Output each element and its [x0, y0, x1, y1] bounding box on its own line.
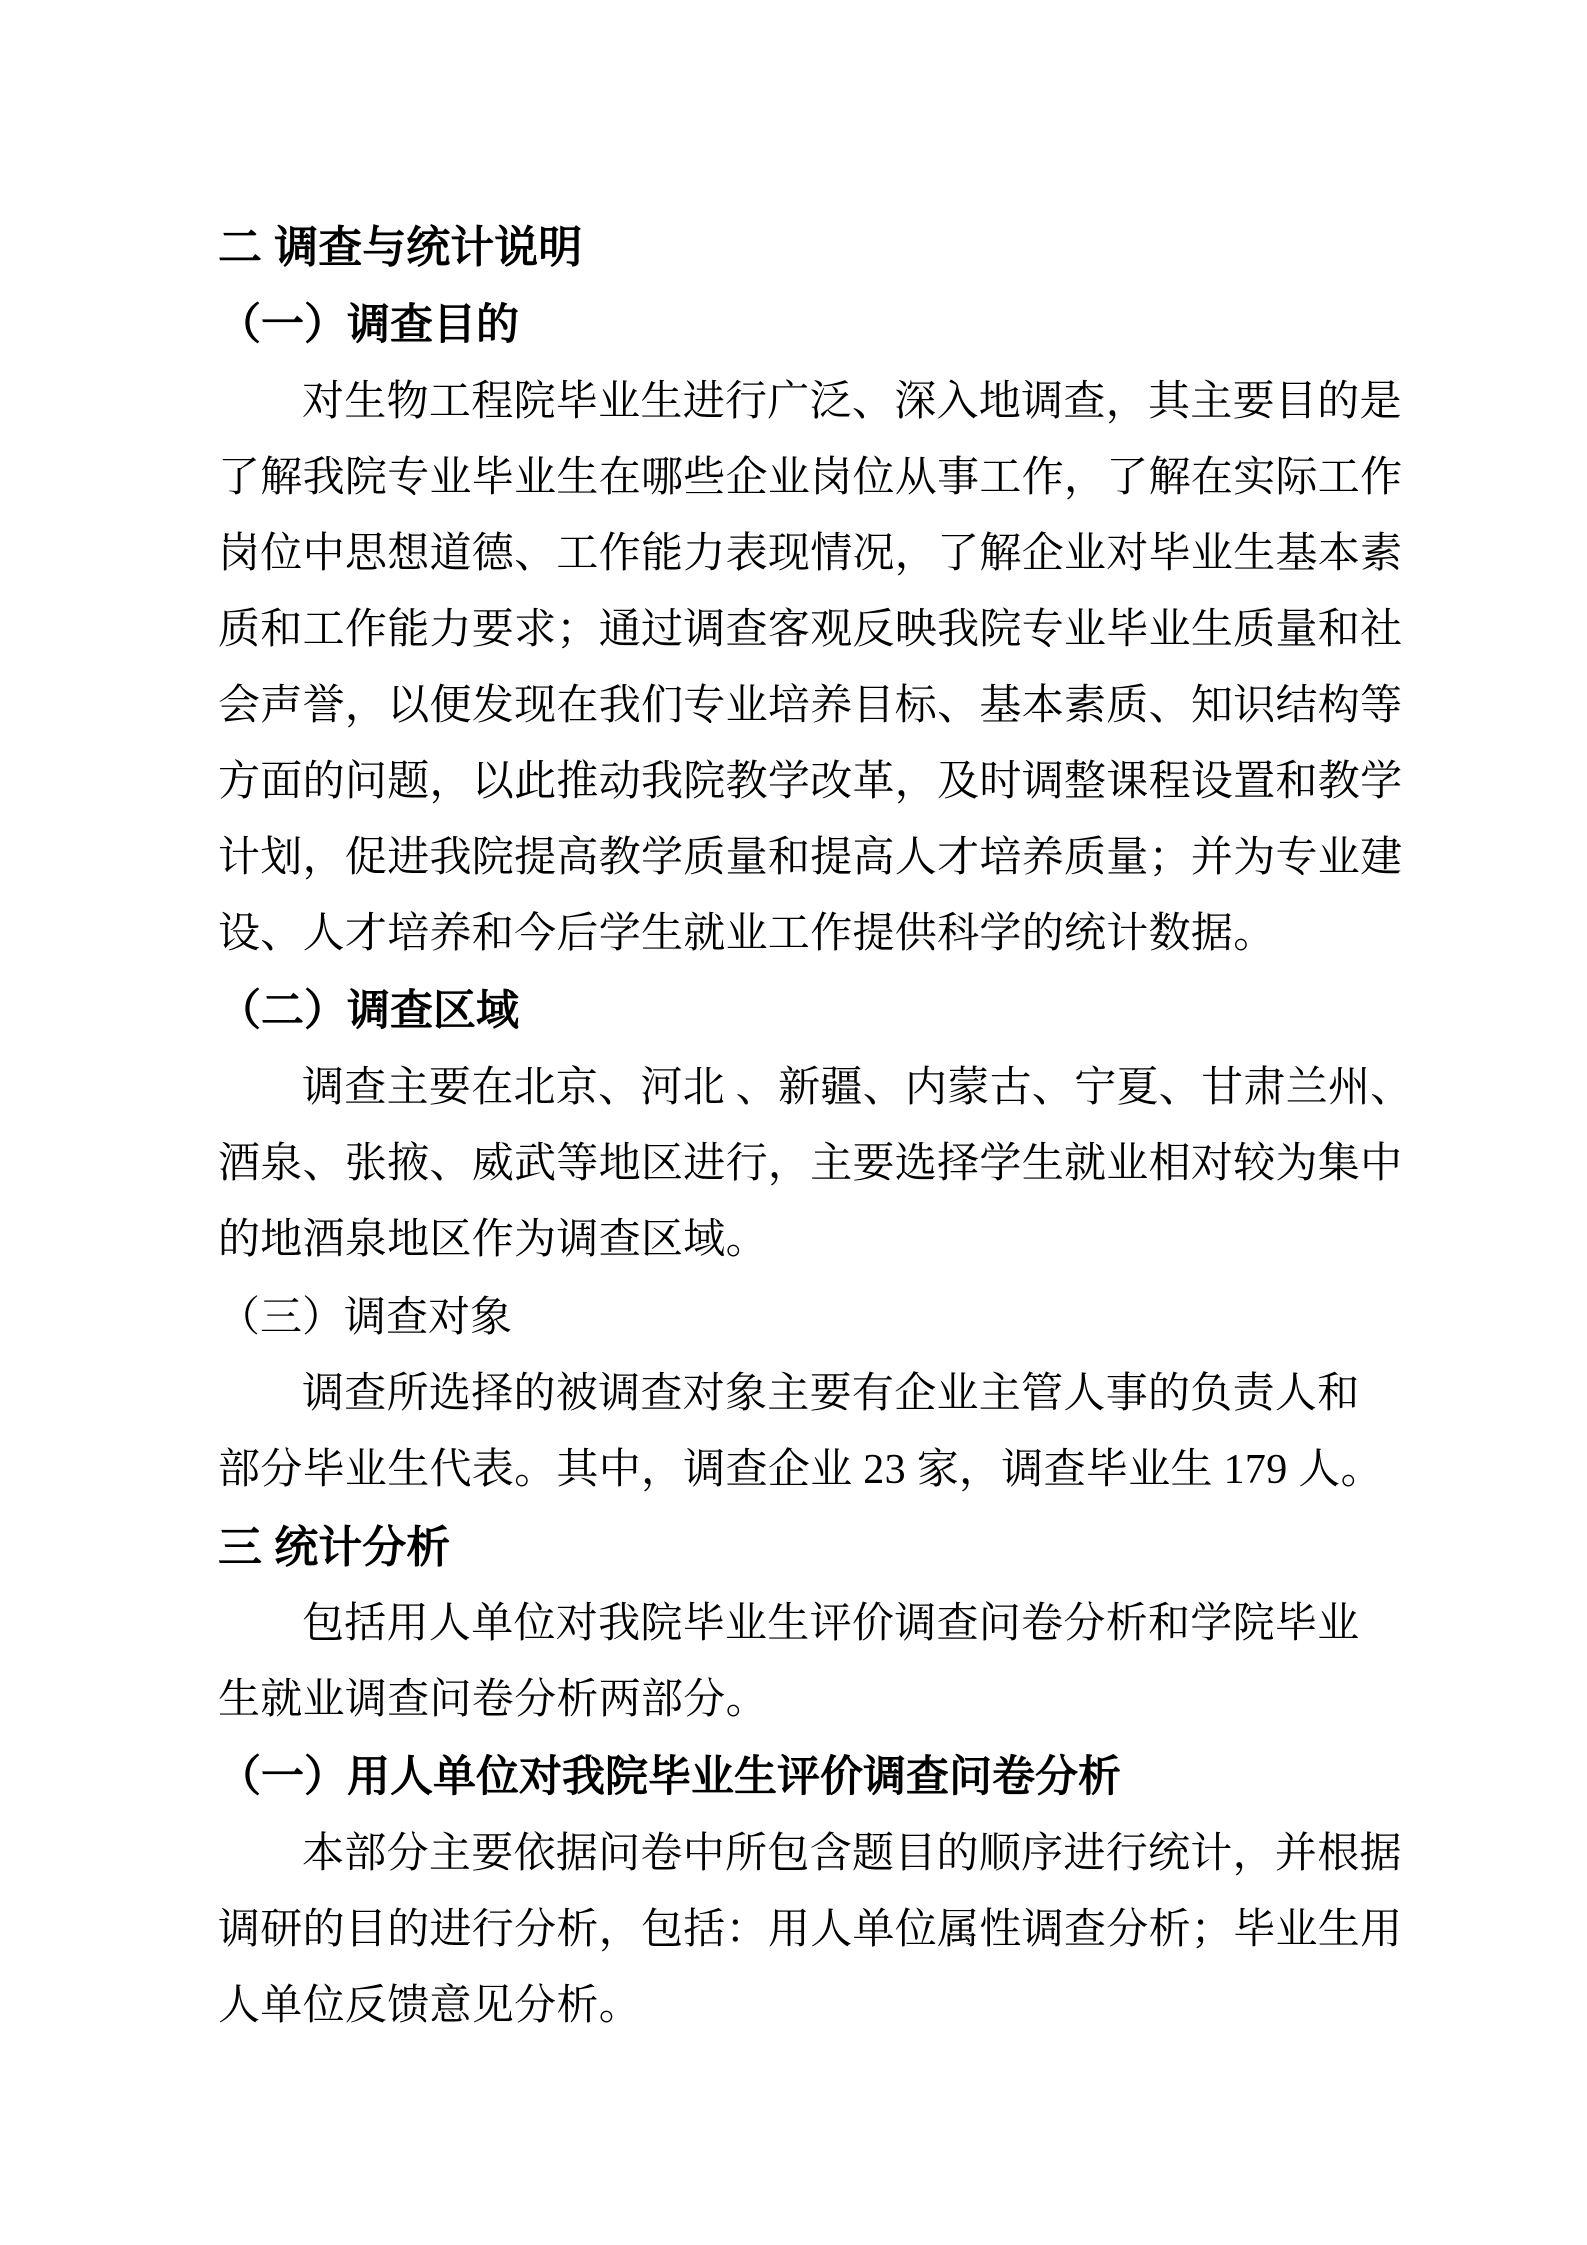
section-heading: 三 统计分析 [218, 1510, 1458, 1586]
text-line: 对生物工程院毕业生进行广泛、深入地调查，其主要目的是 [218, 364, 1458, 440]
text-line: 包括用人单位对我院毕业生评价调查问卷分析和学院毕业 [218, 1586, 1458, 1662]
text-line: 会声誉，以便发现在我们专业培养目标、基本素质、知识结构等 [218, 668, 1458, 744]
text-line: 设、人才培养和今后学生就业工作提供科学的统计数据。 [218, 896, 1458, 972]
text-line: 部分毕业生代表。其中，调查企业 23 家，调查毕业生 179 人。 [218, 1432, 1458, 1508]
text-line: 方面的问题，以此推动我院教学改革，及时调整课程设置和教学 [218, 744, 1458, 820]
text-line: 调查所选择的被调查对象主要有企业主管人事的负责人和 [218, 1356, 1458, 1432]
paragraph: 调查所选择的被调查对象主要有企业主管人事的负责人和部分毕业生代表。其中，调查企业… [218, 1356, 1458, 1508]
page: 二 调查与统计说明（一）调查目的对生物工程院毕业生进行广泛、深入地调查，其主要目… [0, 0, 1587, 2245]
paragraph: 调查主要在北京、河北 、新疆、内蒙古、宁夏、甘肃兰州、酒泉、张掖、威武等地区进行… [218, 1050, 1458, 1278]
text-line: 生就业调查问卷分析两部分。 [218, 1662, 1458, 1738]
subsection-heading: （二）调查区域 [218, 974, 1458, 1050]
text-line: 质和工作能力要求；通过调查客观反映我院专业毕业生质量和社 [218, 592, 1458, 668]
section-heading: 二 调查与统计说明 [218, 210, 1458, 286]
subsection-heading: （一）调查目的 [218, 288, 1458, 364]
text-line: 岗位中思想道德、工作能力表现情况，了解企业对毕业生基本素 [218, 516, 1458, 592]
text-line: 计划，促进我院提高教学质量和提高人才培养质量；并为专业建 [218, 820, 1458, 896]
paragraph: 包括用人单位对我院毕业生评价调查问卷分析和学院毕业生就业调查问卷分析两部分。 [218, 1586, 1458, 1738]
subsection-heading: （一）用人单位对我院毕业生评价调查问卷分析 [218, 1740, 1458, 1816]
paragraph: 对生物工程院毕业生进行广泛、深入地调查，其主要目的是了解我院专业毕业生在哪些企业… [218, 364, 1458, 972]
text-line: 人单位反馈意见分析。 [218, 1968, 1458, 2044]
text-line: 了解我院专业毕业生在哪些企业岗位从事工作，了解在实际工作 [218, 440, 1458, 516]
text-line: 调研的目的进行分析，包括：用人单位属性调查分析；毕业生用 [218, 1892, 1458, 1968]
document-content: 二 调查与统计说明（一）调查目的对生物工程院毕业生进行广泛、深入地调查，其主要目… [218, 0, 1458, 2044]
text-line: 调查主要在北京、河北 、新疆、内蒙古、宁夏、甘肃兰州、 [218, 1050, 1458, 1126]
paragraph: 本部分主要依据问卷中所包含题目的顺序进行统计，并根据调研的目的进行分析，包括：用… [218, 1816, 1458, 2044]
subsection-heading: （三）调查对象 [218, 1280, 1458, 1356]
text-line: 的地酒泉地区作为调查区域。 [218, 1202, 1458, 1278]
text-line: 酒泉、张掖、威武等地区进行，主要选择学生就业相对较为集中 [218, 1126, 1458, 1202]
text-line: 本部分主要依据问卷中所包含题目的顺序进行统计，并根据 [218, 1816, 1458, 1892]
